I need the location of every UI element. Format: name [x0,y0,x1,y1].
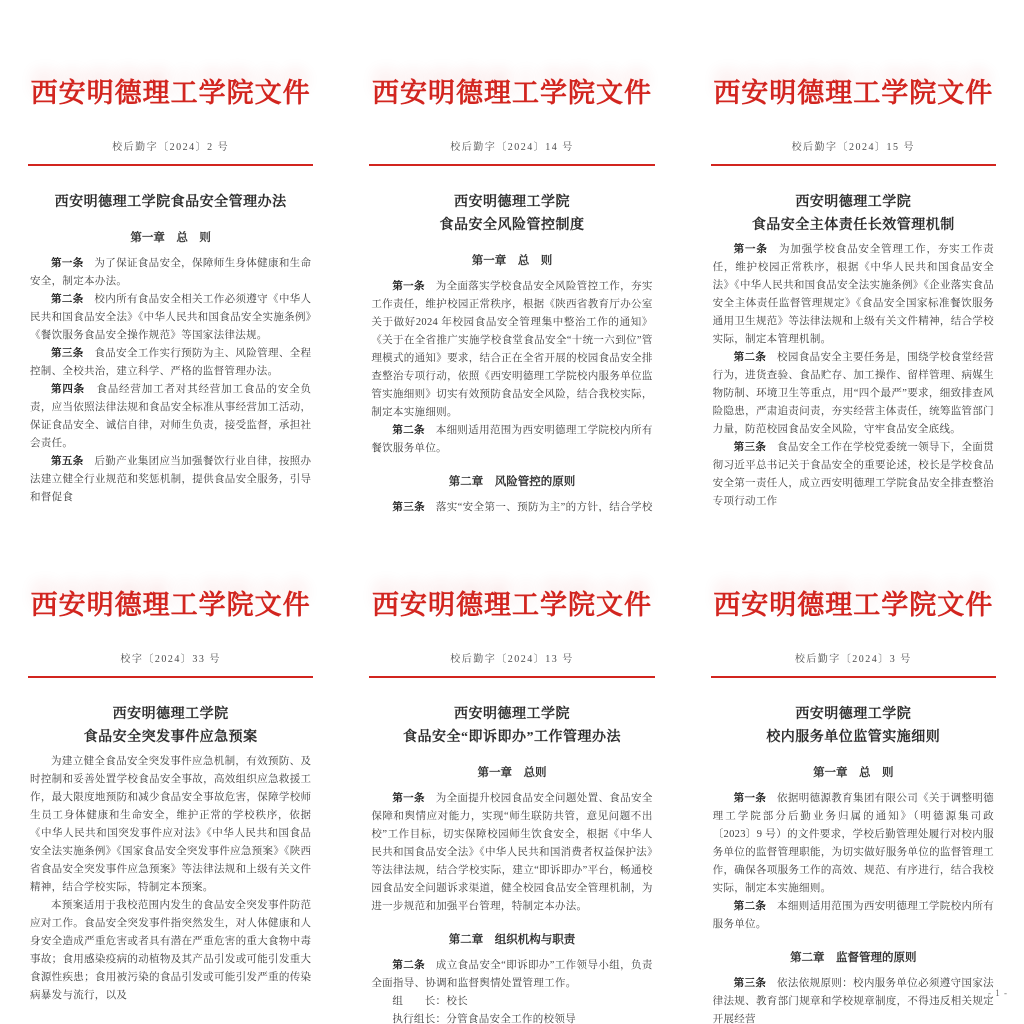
article-lead: 第三条 [734,978,767,989]
article-lead: 第二条 [734,901,767,912]
article-lead: 第一条 [734,244,768,255]
document-page-6: 西安明德理工学院文件 校后勤字〔2024〕3 号 西安明德理工学院校内服务单位监… [683,512,1024,1024]
article-lead: 第二条 [734,352,767,363]
document-page-4: 西安明德理工学院文件 校字〔2024〕33 号 西安明德理工学院食品安全突发事件… [0,512,341,1024]
document-body: 第一章 总 则第一条 依据明德源教育集团有限公司《关于调整明德理工学院部分后勤业… [713,764,994,1024]
article-lead: 第二条 [392,960,425,971]
article-lead: 第一条 [51,258,84,269]
body-paragraph: 第三条 食品安全工作在学校党委统一领导下，全面贯彻习近平总书记关于食品安全的重要… [713,439,994,511]
document-title-line: 食品安全“即诉即办”工作管理办法 [363,726,660,749]
role-line: 组 长：校长 [371,993,652,1011]
body-paragraph: 第一条 为全面提升校园食品安全问题处置、食品安全保障和舆情应对能力，实现“师生联… [371,790,652,916]
document-body: 为建立健全食品安全突发事件应急机制，有效预防、及时控制和妥善处置学校食品安全事故… [30,753,311,1005]
document-body: 第一章 总 则第一条 为全面落实学校食品安全风险管控工作，夯实工作责任，维护校园… [371,252,652,512]
document-title-line: 食品安全突发事件应急预案 [22,726,319,749]
document-title: 西安明德理工学院食品安全风险管控制度 [363,191,660,237]
body-paragraph: 第二条 校内所有食品安全相关工作必须遵守《中华人民共和国食品安全法》《中华人民共… [30,291,311,345]
red-divider-line [369,164,654,166]
body-paragraph: 第一条 依据明德源教育集团有限公司《关于调整明德理工学院部分后勤业务归属的通知》… [713,790,994,898]
institution-header: 西安明德理工学院文件 [705,590,1002,621]
body-paragraph: 第二条 本细则适用范围为西安明德理工学院校内所有服务单位。 [713,898,994,934]
article-lead: 第三条 [392,502,425,512]
chapter-heading: 第一章 总 则 [371,252,652,268]
red-divider-line [28,164,313,166]
page-number: - 1 - [988,988,1008,998]
red-divider-line [369,676,654,678]
article-lead: 第一条 [392,793,425,804]
document-title: 西安明德理工学院食品安全主体责任长效管理机制 [705,191,1002,237]
body-paragraph: 本预案适用于我校范围内发生的食品安全突发事件防范应对工作。食品安全突发事件指突然… [30,897,311,1005]
document-title-line: 西安明德理工学院食品安全管理办法 [22,191,319,214]
document-title-line: 校内服务单位监管实施细则 [705,726,1002,749]
document-title: 西安明德理工学院校内服务单位监管实施细则 [705,703,1002,749]
body-paragraph: 第一条 为加强学校食品安全管理工作，夯实工作责任，维护校园正常秩序，根据《中华人… [713,241,994,349]
body-paragraph: 第三条 落实“安全第一、预防为主”的方针，结合学校食 [371,499,652,512]
document-page-2: 西安明德理工学院文件 校后勤字〔2024〕14 号 西安明德理工学院食品安全风险… [341,0,682,512]
body-paragraph: 第三条 依法依规原则：校内服务单位必须遵守国家法律法规、教育部门规章和学校规章制… [713,975,994,1024]
red-divider-line [711,676,996,678]
document-page-5: 西安明德理工学院文件 校后勤字〔2024〕13 号 西安明德理工学院食品安全“即… [341,512,682,1024]
pages-grid: 西安明德理工学院文件 校后勤字〔2024〕2 号 西安明德理工学院食品安全管理办… [0,0,1024,1024]
article-lead: 第三条 [734,442,767,453]
document-number: 校后勤字〔2024〕2 号 [22,138,319,153]
document-number: 校后勤字〔2024〕15 号 [705,138,1002,153]
chapter-heading: 第二章 组织机构与职责 [371,931,652,947]
body-paragraph: 第二条 成立食品安全“即诉即办”工作领导小组，负责全面指导、协调和监督舆情处置管… [371,957,652,993]
role-line: 执行组长：分管食品安全工作的校领导 [371,1011,652,1024]
document-number: 校后勤字〔2024〕13 号 [363,650,660,665]
body-paragraph: 第二条 校园食品安全主要任务是，围绕学校食堂经营行为，进货查验、食品贮存、加工操… [713,349,994,439]
red-divider-line [28,676,313,678]
body-paragraph: 第一条 为全面落实学校食品安全风险管控工作，夯实工作责任，维护校园正常秩序，根据… [371,278,652,422]
chapter-heading: 第二章 风险管控的原则 [371,473,652,489]
document-title-line: 西安明德理工学院 [22,703,319,726]
article-lead: 第二条 [51,294,84,305]
article-lead: 第五条 [51,456,84,467]
article-lead: 第一条 [734,793,767,804]
document-title-line: 西安明德理工学院 [363,191,660,214]
document-body: 第一章 总 则第一条 为了保证食品安全，保障师生身体健康和生命安全，制定本办法。… [30,229,311,507]
body-paragraph: 第一条 为了保证食品安全，保障师生身体健康和生命安全，制定本办法。 [30,255,311,291]
document-body: 第一条 为加强学校食品安全管理工作，夯实工作责任，维护校园正常秩序，根据《中华人… [713,241,994,511]
chapter-heading: 第一章 总 则 [713,764,994,780]
body-paragraph: 第二条 本细则适用范围为西安明德理工学院校内所有餐饮服务单位。 [371,422,652,458]
institution-header: 西安明德理工学院文件 [363,590,660,621]
article-lead: 第三条 [51,348,84,359]
institution-header: 西安明德理工学院文件 [22,78,319,109]
document-title-line: 食品安全主体责任长效管理机制 [705,214,1002,237]
document-title-line: 食品安全风险管控制度 [363,214,660,237]
document-number: 校后勤字〔2024〕3 号 [705,650,1002,665]
body-paragraph: 为建立健全食品安全突发事件应急机制，有效预防、及时控制和妥善处置学校食品安全事故… [30,753,311,897]
document-body: 第一章 总则第一条 为全面提升校园食品安全问题处置、食品安全保障和舆情应对能力，… [371,764,652,1024]
document-title: 西安明德理工学院食品安全管理办法 [22,191,319,214]
body-paragraph: 第四条 食品经营加工者对其经营加工食品的安全负责，应当依照法律法规和食品安全标准… [30,381,311,453]
document-title-line: 西安明德理工学院 [705,703,1002,726]
document-title: 西安明德理工学院食品安全突发事件应急预案 [22,703,319,749]
document-page-3: 西安明德理工学院文件 校后勤字〔2024〕15 号 西安明德理工学院食品安全主体… [683,0,1024,512]
red-divider-line [711,164,996,166]
article-lead: 第一条 [392,281,425,292]
chapter-heading: 第一章 总 则 [30,229,311,245]
chapter-heading: 第一章 总则 [371,764,652,780]
document-page-1: 西安明德理工学院文件 校后勤字〔2024〕2 号 西安明德理工学院食品安全管理办… [0,0,341,512]
institution-header: 西安明德理工学院文件 [705,78,1002,109]
document-number: 校字〔2024〕33 号 [22,650,319,665]
institution-header: 西安明德理工学院文件 [22,590,319,621]
document-title-line: 西安明德理工学院 [363,703,660,726]
body-paragraph: 第三条 食品安全工作实行预防为主、风险管理、全程控制、全校共治，建立科学、严格的… [30,345,311,381]
article-lead: 第二条 [392,425,425,436]
body-paragraph: 第五条 后勤产业集团应当加强餐饮行业自律，按照办法建立健全行业规范和奖惩机制，提… [30,453,311,507]
document-title-line: 西安明德理工学院 [705,191,1002,214]
article-lead: 第四条 [51,384,85,395]
chapter-heading: 第二章 监督管理的原则 [713,949,994,965]
institution-header: 西安明德理工学院文件 [363,78,660,109]
document-number: 校后勤字〔2024〕14 号 [363,138,660,153]
document-title: 西安明德理工学院食品安全“即诉即办”工作管理办法 [363,703,660,749]
